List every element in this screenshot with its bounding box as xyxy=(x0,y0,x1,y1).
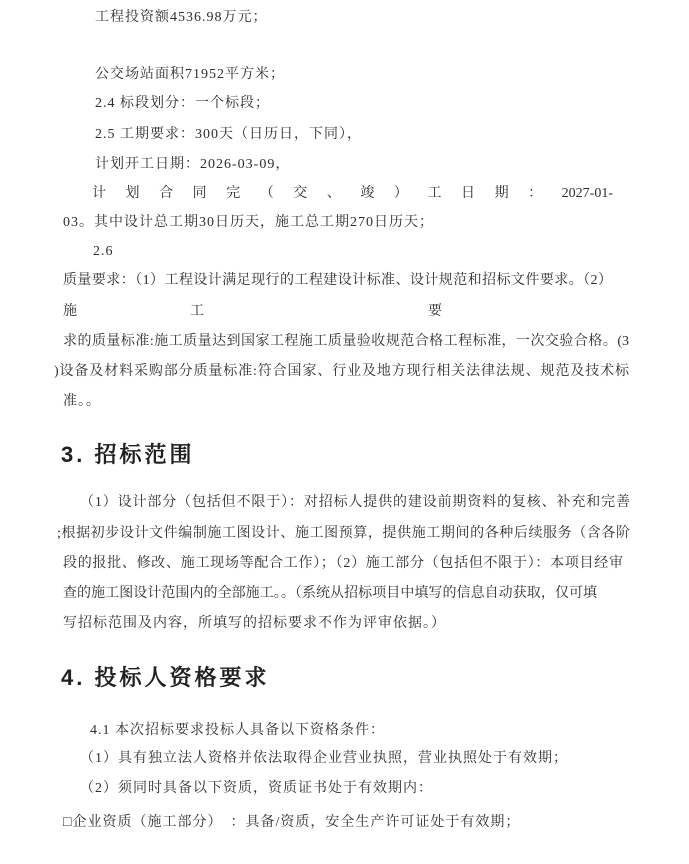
doc-token: 合 xyxy=(159,185,173,202)
doc-line-investment: 工程投资额4536.98万元； xyxy=(95,9,268,26)
doc-token: 期 xyxy=(495,185,509,202)
doc-line-qual-item-3-text: 企业资质（施工部分） ：具备/资质，安全生产许可证处于有效期； xyxy=(72,815,520,830)
section-heading-qualification: 4. 投标人资格要求 xyxy=(61,665,269,691)
doc-line-qual-item-3: □企业资质（施工部分） ：具备/资质，安全生产许可证处于有效期； xyxy=(63,814,520,831)
doc-line-completion-wrap: 03。其中设计总工期30日历天，施工总工期270日历天； xyxy=(63,214,434,231)
doc-line-scope-5: 写招标范围及内容，所填写的招标要求不作为评审依据。） xyxy=(63,615,446,632)
doc-token: （ xyxy=(260,185,274,202)
doc-line-quality-1: 质量要求：（1）工程设计满足现行的工程建设计标准、设计规范和招标文件要求。（2） xyxy=(63,272,612,289)
doc-token: ） xyxy=(394,185,408,202)
doc-line-section-2-6: 2.6 xyxy=(93,243,114,260)
doc-line-quality-4: )设备及材料采购部分质量标准:符合国家、行业及地方现行相关法律法规、规范及技术标 xyxy=(54,363,629,380)
doc-line-scope-4: 查的施工图设计范围内的全部施工。。（系统从招标项目中填写的信息自动获取，仅可填 xyxy=(63,585,597,602)
doc-token: 工 xyxy=(190,303,205,320)
document-page: 工程投资额4536.98万元； 公交场站面积71952平方米； 2.4 标段划分… xyxy=(0,0,689,864)
doc-line-qual-item-2: （2）须同时具备以下资质，资质证书处于有效期内： xyxy=(80,780,433,797)
doc-token: 要 xyxy=(428,303,443,320)
doc-token: 计 xyxy=(92,185,106,202)
doc-token: 施 xyxy=(63,303,78,320)
doc-line-qual-item-1: （1）具有独立法人资格并依法取得企业营业执照，营业执照处于有效期； xyxy=(80,750,568,767)
doc-line-completion-date-justified: 计划合同完（交、竣）工日期：2027-01- xyxy=(92,185,613,202)
doc-token: 完 xyxy=(226,185,240,202)
doc-token: 日 xyxy=(461,185,475,202)
doc-line-scope-2: ;根据初步设计文件编制施工图设计、施工图预算，提供施工期间的各种后续服务（含各阶 xyxy=(57,525,630,542)
doc-token: 划 xyxy=(126,185,140,202)
doc-line-quality-5: 准。。 xyxy=(63,393,101,410)
section-heading-scope: 3. 招标范围 xyxy=(61,442,194,468)
doc-line-section-2-5: 2.5 工期要求：300天（日历日，下同）， xyxy=(95,126,362,143)
doc-token: 同 xyxy=(193,185,207,202)
doc-line-station-area: 公交场站面积71952平方米； xyxy=(95,66,285,83)
doc-token: 、 xyxy=(327,185,341,202)
doc-line-qual-4-1: 4.1 本次招标要求投标人具备以下资格条件： xyxy=(90,722,385,739)
doc-line-scope-3: 段的报批、修改、施工现场等配合工作）；（2）施工部分（包括但不限于）：本项目经审 xyxy=(63,555,623,572)
doc-line-start-date: 计划开工日期：2026-03-09， xyxy=(95,156,290,173)
doc-token: 工 xyxy=(427,185,441,202)
doc-token: 竣 xyxy=(360,185,374,202)
doc-line-section-2-4: 2.4 标段划分：一个标段； xyxy=(95,95,270,112)
doc-line-scope-1: （1）设计部分（包括但不限于）：对招标人提供的建设前期资料的复核、补充和完善 xyxy=(80,494,630,511)
doc-token: 2027-01- xyxy=(562,185,613,202)
doc-line-quality-spread: 施工要 xyxy=(0,303,689,320)
doc-token: 交 xyxy=(293,185,307,202)
doc-line-quality-3: 求的质量标准:施工质量达到国家工程施工质量验收规范合格工程标准，一次交验合格。(… xyxy=(63,333,629,350)
doc-token: ： xyxy=(528,185,542,202)
